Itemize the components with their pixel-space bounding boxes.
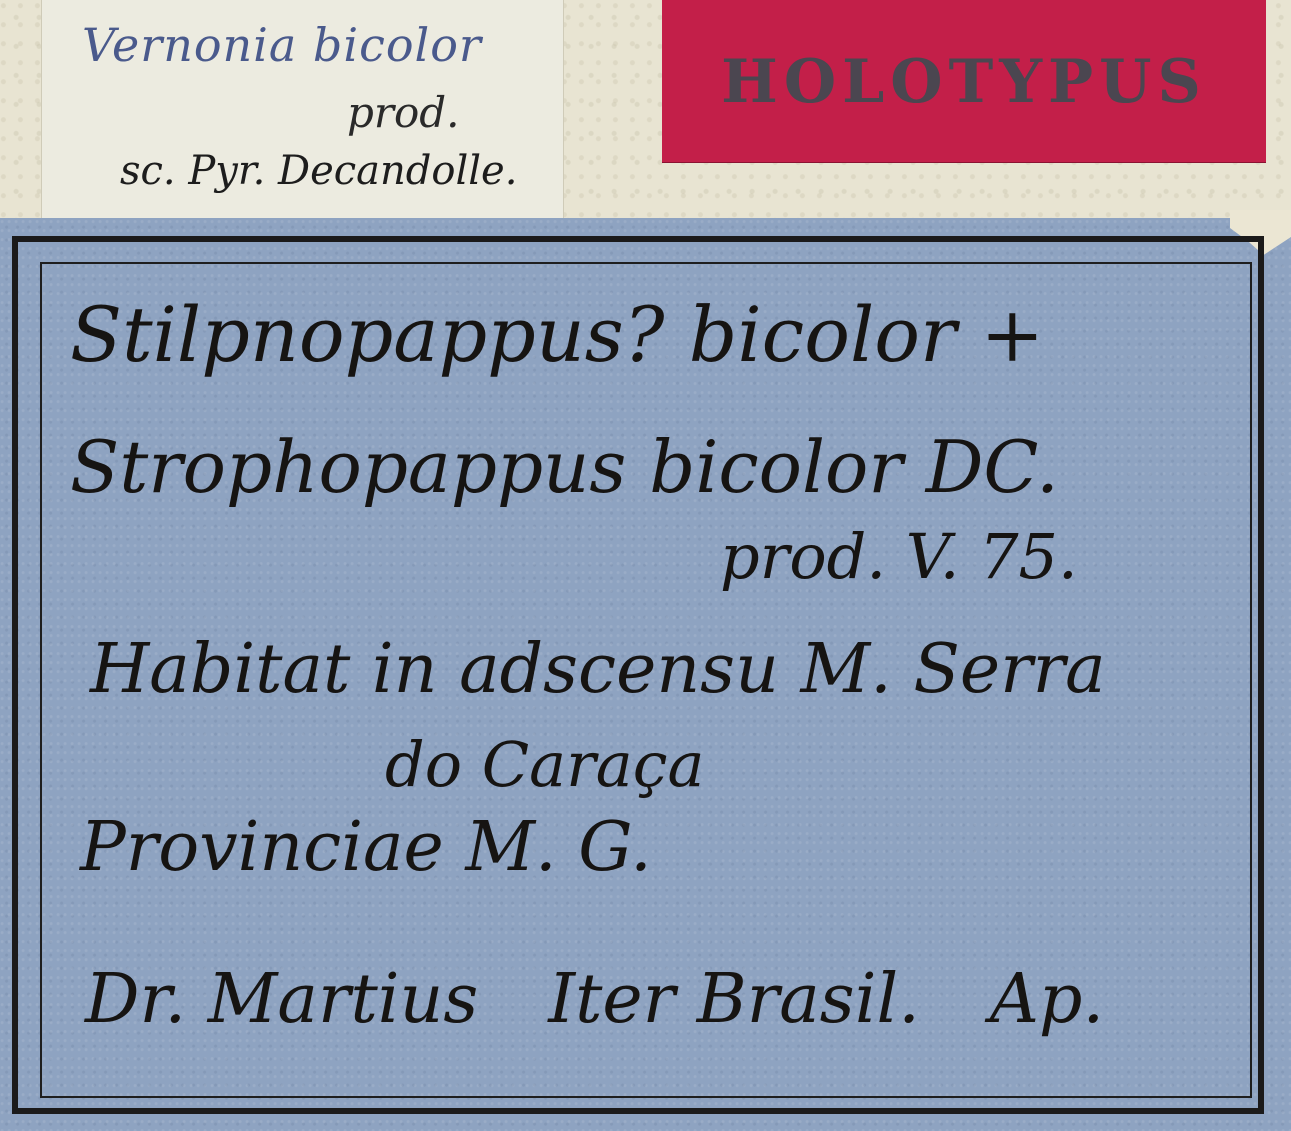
- label-line-prodromus-ref: prod. V. 75.: [720, 520, 1078, 593]
- holotype-label: HOLOTYPUS: [662, 0, 1266, 163]
- collector-name: Dr. Martius: [85, 960, 478, 1039]
- label-line-stilpnopappus: Stilpnopappus? bicolor +: [70, 290, 1044, 379]
- det-taxon-name: Vernonia bicolor: [82, 18, 482, 72]
- determination-label: Vernonia bicolor prod. sc. Pyr. Decandol…: [41, 0, 564, 218]
- label-line-strophopappus: Strophopappus bicolor DC.: [70, 425, 1059, 509]
- holotype-text: HOLOTYPUS: [721, 47, 1207, 117]
- label-line-collector: Dr. MartiusIter Brasil.Ap.: [85, 960, 1104, 1039]
- label-line-province: Provinciae M. G.: [80, 808, 652, 887]
- label-line-habitat: Habitat in adscensu M. Serra: [90, 630, 1106, 709]
- det-determiner: sc. Pyr. Decandolle.: [120, 148, 517, 194]
- collector-suffix: Ap.: [990, 960, 1104, 1039]
- expedition-name: Iter Brasil.: [548, 960, 920, 1039]
- det-reference: prod.: [347, 88, 460, 137]
- label-line-locality: do Caraça: [385, 728, 704, 801]
